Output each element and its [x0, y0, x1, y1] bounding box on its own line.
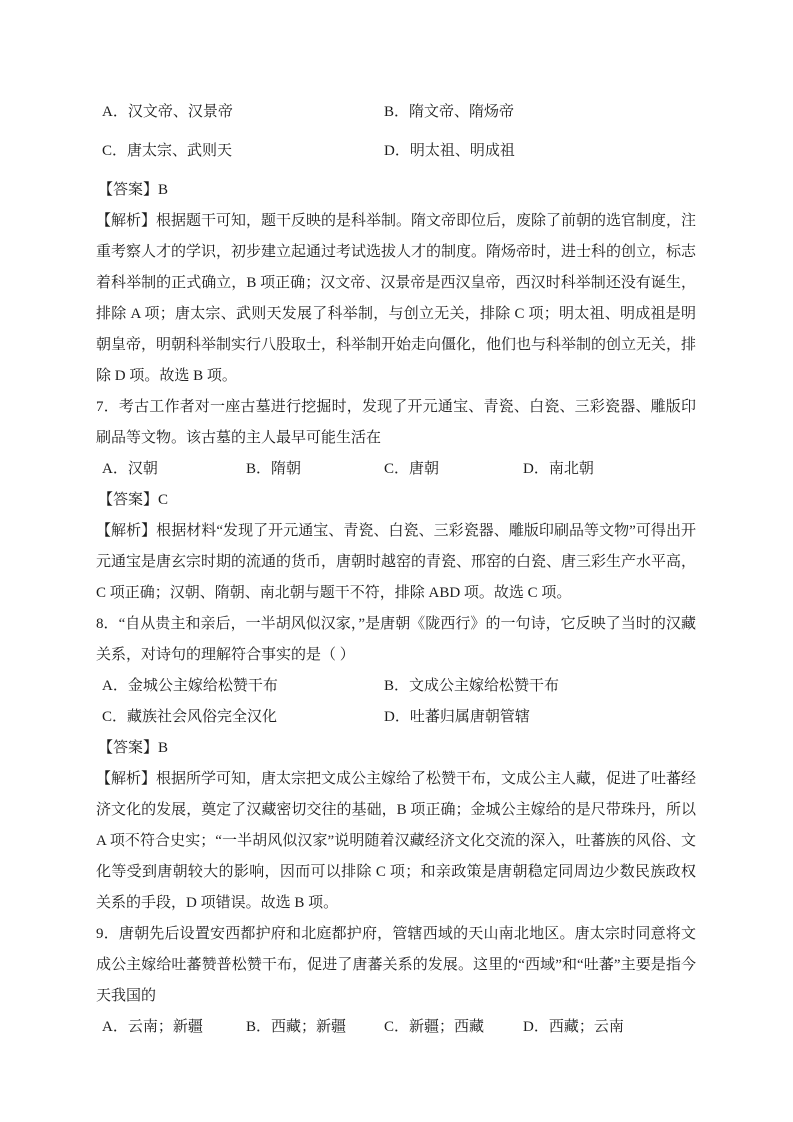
q7-option-d: D．南北朝 [523, 454, 696, 485]
q6-option-b: B．隋文帝、隋炀帝 [384, 97, 696, 128]
q7-option-a: A．汉朝 [102, 454, 246, 485]
q9-options-row: A．云南；新疆 B．西藏；新疆 C．新疆；西藏 D．西藏；云南 [96, 1012, 696, 1043]
q7-options-row: A．汉朝 B．隋朝 C．唐朝 D．南北朝 [96, 454, 696, 485]
q8-stem: 8．“自从贵主和亲后，一半胡风似汉家，”是唐朝《陇西行》的一句诗，它反映了当时的… [96, 609, 696, 671]
q8-option-a: A．金城公主嫁给松赞干布 [102, 671, 384, 702]
q6-option-c: C．唐太宗、武则天 [102, 136, 384, 167]
q8-answer: 【答案】B [96, 733, 696, 764]
q9-stem: 9．唐朝先后设置安西都护府和北庭都护府，管辖西域的天山南北地区。唐太宗时同意将文… [96, 919, 696, 1012]
q7-analysis: 【解析】根据材料“发现了开元通宝、青瓷、白瓷、三彩瓷器、雕版印刷品等文物”可得出… [96, 516, 696, 609]
q6-options-row-1: A．汉文帝、汉景帝 B．隋文帝、隋炀帝 [96, 97, 696, 128]
q9-option-b: B．西藏；新疆 [246, 1012, 384, 1043]
q7-option-b: B．隋朝 [246, 454, 384, 485]
q7-answer: 【答案】C [96, 485, 696, 516]
q6-options-row-2: C．唐太宗、武则天 D．明太祖、明成祖 [96, 136, 696, 167]
exam-document-page: A．汉文帝、汉景帝 B．隋文帝、隋炀帝 C．唐太宗、武则天 D．明太祖、明成祖 … [0, 0, 793, 1122]
q8-option-b: B．文成公主嫁给松赞干布 [384, 671, 696, 702]
q8-options-row-1: A．金城公主嫁给松赞干布 B．文成公主嫁给松赞干布 [96, 671, 696, 702]
q8-analysis: 【解析】根据所学可知，唐太宗把文成公主嫁给了松赞干布，文成公主人藏，促进了吐蕃经… [96, 764, 696, 919]
q7-option-c: C．唐朝 [384, 454, 523, 485]
q6-option-d: D．明太祖、明成祖 [384, 136, 696, 167]
q6-option-a: A．汉文帝、汉景帝 [102, 97, 384, 128]
q8-options-row-2: C．藏族社会风俗完全汉化 D．吐蕃归属唐朝管辖 [96, 702, 696, 733]
q6-analysis: 【解析】根据题干可知，题干反映的是科举制。隋文帝即位后，废除了前朝的选官制度，注… [96, 206, 696, 392]
q9-option-a: A．云南；新疆 [102, 1012, 246, 1043]
q9-option-d: D．西藏；云南 [523, 1012, 696, 1043]
q6-answer: 【答案】B [96, 175, 696, 206]
q9-option-c: C．新疆；西藏 [384, 1012, 523, 1043]
q8-option-d: D．吐蕃归属唐朝管辖 [384, 702, 696, 733]
q8-option-c: C．藏族社会风俗完全汉化 [102, 702, 384, 733]
q7-stem: 7．考古工作者对一座古墓进行挖掘时，发现了开元通宝、青瓷、白瓷、三彩瓷器、雕版印… [96, 392, 696, 454]
